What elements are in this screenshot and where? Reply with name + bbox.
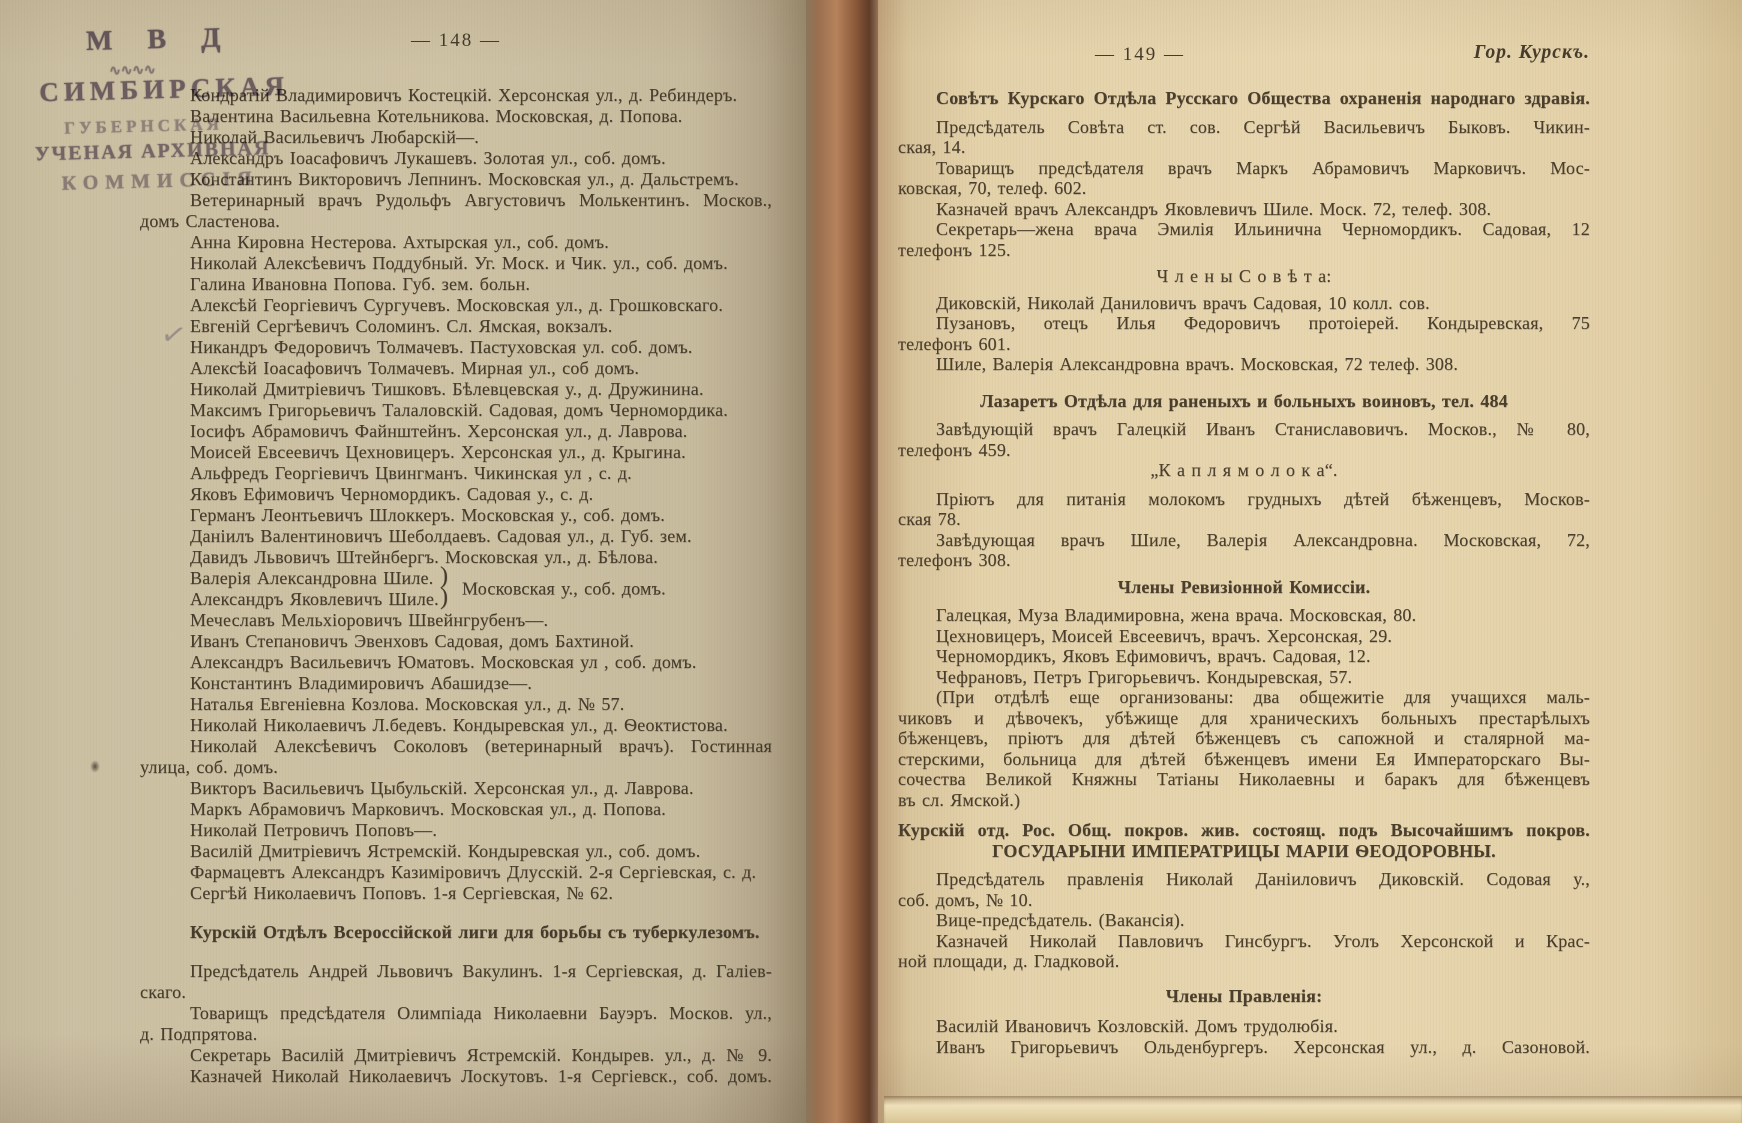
text-line: Цехновицеръ, Моисей Евсеевичъ, врачъ. Хе… — [898, 626, 1590, 647]
section-heading-line: Члены Правленія: — [898, 986, 1590, 1007]
text-line: Николай Петровичъ Поповъ—. — [140, 820, 772, 841]
text-line: (При отдѣлѣ еще организованы: два общежи… — [898, 687, 1590, 708]
text-line: Іосифъ Абрамовичъ Файнштейнъ. Херсонская… — [140, 421, 772, 442]
text-line: Алексѣй Іоасафовичъ Толмачевъ. Мирная ул… — [140, 358, 772, 379]
text-line: телефонъ 308. — [898, 550, 1590, 571]
text-line: Александръ Васильевичъ Юматовъ. Московск… — [140, 652, 772, 673]
text-line: Завѣдующій врачъ Галецкій Иванъ Станисла… — [898, 419, 1590, 440]
text-line: чиковъ и дѣвочекъ, убѣжище для храническ… — [898, 708, 1590, 729]
text-line: ковская, 70, телеф. 602. — [898, 178, 1590, 199]
text-line: Александръ Яковлевичъ Шиле.) — [140, 589, 772, 610]
text-line: телефонъ 125. — [898, 240, 1590, 261]
text-line: д. Подпрятова. — [140, 1024, 772, 1045]
text-line: Галина Ивановна Попова. Губ. зем. больн. — [140, 274, 772, 295]
text-line: въ сл. Ямской.) — [898, 790, 1590, 811]
section-heading-line: Курскій Отдѣлъ Всероссійской лиги для бо… — [140, 922, 772, 943]
text-line: улица, соб. домъ. — [140, 757, 772, 778]
text-line: „К а п л я м о л о к а“. — [898, 460, 1590, 481]
text-line: Мечеславъ Мельхіоровичъ Швейнгрубенъ—. — [140, 610, 772, 631]
text-line: Пузановъ, отецъ Илья Федоровичъ протоіер… — [898, 313, 1590, 334]
brace-shared-address: Московская у., соб. домъ. — [462, 579, 666, 600]
text-line: сочества Великой Княжны Татіаны Николаев… — [898, 769, 1590, 790]
text-line: Чефрановъ, Петръ Григорьевичъ. Кондыревс… — [898, 667, 1590, 688]
text-line: Иванъ Степановичъ Эвенховъ Садовая, домъ… — [140, 631, 772, 652]
text-line: Николай Дмитріевичъ Тишковъ. Бѣлевцевска… — [140, 379, 772, 400]
text-line: Казначей врачъ Александръ Яковлевичъ Шил… — [898, 199, 1590, 220]
page-number-left: — 148 — — [140, 30, 772, 52]
text-line: Моисей Евсеевичъ Цехновицеръ. Херсонская… — [140, 442, 772, 463]
text-line: Валентина Васильевна Котельникова. Моско… — [140, 106, 772, 127]
text-line: Даніилъ Валентиновичъ Шеболдаевъ. Садова… — [140, 526, 772, 547]
text-line: Предсѣдатель Андрей Львовичъ Вакулинъ. 1… — [140, 961, 772, 982]
text-line: Максимъ Григорьевичъ Талаловскій. Садова… — [140, 400, 772, 421]
text-line: Фармацевтъ Александръ Казиміровичъ Длусс… — [140, 862, 772, 883]
right-page-text: Совѣтъ Курскаго Отдѣла Русскаго Общества… — [898, 88, 1590, 1057]
brace-group: Валерія Александровна Шиле.)Александръ Я… — [140, 568, 772, 610]
text-line: Сергѣй Николаевичъ Поповъ. 1-я Сергіевск… — [140, 883, 772, 904]
section-heading-line: ГОСУДАРЫНИ ИМПЕРАТРИЦЫ МАРІИ ѲЕОДОРОВНЫ. — [898, 841, 1590, 862]
paragraph-gap — [898, 411, 1590, 419]
text-line: Маркъ Абрамовичъ Марковичъ. Московская у… — [140, 799, 772, 820]
running-title: Гор. Курскъ. — [1390, 42, 1590, 64]
text-line: Константинъ Викторовичъ Лепнинъ. Московс… — [140, 169, 772, 190]
text-line: Валерія Александровна Шиле.) — [140, 568, 772, 589]
text-line: Черномордикъ, Яковъ Ефимовичъ, врачъ. Са… — [898, 646, 1590, 667]
text-line: Кондратій Владимировичъ Костецкій. Херсо… — [140, 85, 772, 106]
paragraph-gap — [898, 375, 1590, 391]
text-line: Николай Алексѣевичъ Соколовъ (ветеринарн… — [140, 736, 772, 757]
section-heading-line: Курскій отд. Рос. Общ. покров. жив. сост… — [898, 820, 1590, 841]
text-line: Василій Ивановичъ Козловскій. Домъ трудо… — [898, 1016, 1590, 1037]
text-line: Викторъ Васильевичъ Цыбульскій. Херсонск… — [140, 778, 772, 799]
text-line: бѣженцевъ, пріютъ для дѣтей бѣженцевъ съ… — [898, 728, 1590, 749]
ink-smudge — [90, 760, 100, 773]
text-line: Алексѣй Георгіевичъ Сургучевъ. Московска… — [140, 295, 772, 316]
text-line: Константинъ Владимировичъ Абашидзе—. — [140, 673, 772, 694]
paragraph-gap — [898, 861, 1590, 869]
book-gutter — [806, 0, 878, 1123]
text-line: Вице-предсѣдатель. (Вакансія). — [898, 910, 1590, 931]
paragraph-gap — [898, 481, 1590, 489]
text-line: ская 78. — [898, 509, 1590, 530]
text-line: Диковскій, Николай Даниловичъ врачъ Садо… — [898, 293, 1590, 314]
section-heading-line: Совѣтъ Курскаго Отдѣла Русскаго Общества… — [898, 88, 1590, 109]
text-line: Пріютъ для питанія молокомъ грудныхъ дѣт… — [898, 489, 1590, 510]
text-line: Предсѣдатель правленія Николай Даніилови… — [898, 869, 1590, 890]
text-line: Иванъ Григорьевичъ Ольденбургеръ. Херсон… — [898, 1037, 1590, 1058]
text-line: домъ Сластенова. — [140, 211, 772, 232]
text-line: стерскими, больница для дѣтей бѣженцевъ … — [898, 749, 1590, 770]
text-line: Николай Васильевичъ Любарскій—. — [140, 127, 772, 148]
page-edge-strip — [884, 1096, 1742, 1123]
text-line: Секретарь Василій Дмитріевичъ Ястремскій… — [140, 1045, 772, 1066]
text-line: соб. домъ, № 10. — [898, 890, 1590, 911]
text-line: телефонъ 601. — [898, 334, 1590, 355]
text-line: Яковъ Ефимовичъ Черномордикъ. Садовая у.… — [140, 484, 772, 505]
paragraph-gap — [898, 810, 1590, 820]
text-line: ной площади, д. Гладковой. — [898, 951, 1590, 972]
text-line: ская, 14. — [898, 137, 1590, 158]
text-line: Товарищъ предсѣдателя Олимпіада Николаев… — [140, 1003, 772, 1024]
text-line: Галецкая, Муза Владимировна, жена врача.… — [898, 605, 1590, 626]
text-line: Германъ Леонтьевичъ Шлоккеръ. Московская… — [140, 505, 772, 526]
brace-bracket: ) — [440, 587, 448, 608]
paragraph-gap — [898, 1006, 1590, 1016]
text-line: Евгеній Сергѣевичъ Соломинъ. Сл. Ямская,… — [140, 316, 772, 337]
book-spread-photo: — 148 — — 149 — Гор. Курскъ. Кондратій В… — [0, 0, 1742, 1123]
text-line: скаго. — [140, 982, 772, 1003]
paragraph-gap — [898, 597, 1590, 605]
text-line: Завѣдующая врачъ Шиле, Валерія Александр… — [898, 530, 1590, 551]
text-line: телефонъ 459. — [898, 440, 1590, 461]
text-line: Николай Николаевичъ Л.бедевъ. Кондыревск… — [140, 715, 772, 736]
paragraph-gap — [898, 972, 1590, 986]
section-heading-line: Лазаретъ Отдѣла для раненыхъ и больныхъ … — [898, 391, 1590, 412]
text-line: Давидъ Львовичъ Штейнбергъ. Московская у… — [140, 547, 772, 568]
text-line: Александръ Іоасафовичъ Лукашевъ. Золотая… — [140, 148, 772, 169]
text-line: Ветеринарный врачъ Рудольфъ Августовичъ … — [140, 190, 772, 211]
text-line: Анна Кировна Нестерова. Ахтырская ул., с… — [140, 232, 772, 253]
text-line: Товарищъ предсѣдателя врачъ Маркъ Абрамо… — [898, 158, 1590, 179]
text-line: Николай Алексѣевичъ Поддубный. Уг. Моск.… — [140, 253, 772, 274]
paragraph-gap — [140, 904, 772, 922]
paragraph-gap — [898, 109, 1590, 117]
text-line: Василій Дмитріевичъ Ястремскій. Кондырев… — [140, 841, 772, 862]
text-line: Альфредъ Георгіевичъ Цвингманъ. Чикинска… — [140, 463, 772, 484]
text-line: Предсѣдатель Совѣта ст. сов. Сергѣй Васи… — [898, 117, 1590, 138]
text-line: Шиле, Валерія Александровна врачъ. Моско… — [898, 354, 1590, 375]
text-line: Никандръ Федоровичъ Толмачевъ. Пастуховс… — [140, 337, 772, 358]
text-line: Секретарь—жена врача Эмилія Ильинична Че… — [898, 219, 1590, 240]
text-line: Казначей Николай Павловичъ Гинсбургъ. Уг… — [898, 931, 1590, 952]
text-line: Ч л е н ы С о в ѣ т а: — [898, 266, 1590, 287]
paragraph-gap — [140, 943, 772, 961]
left-page-text: Кондратій Владимировичъ Костецкій. Херсо… — [140, 85, 772, 1087]
page-number-right: — 149 — — [1020, 44, 1260, 66]
section-heading-line: Члены Ревизіонной Комиссіи. — [898, 577, 1590, 598]
text-line: Казначей Николай Николаевичъ Лоскутовъ. … — [140, 1066, 772, 1087]
text-line: Наталья Евгеніевна Козлова. Московская у… — [140, 694, 772, 715]
